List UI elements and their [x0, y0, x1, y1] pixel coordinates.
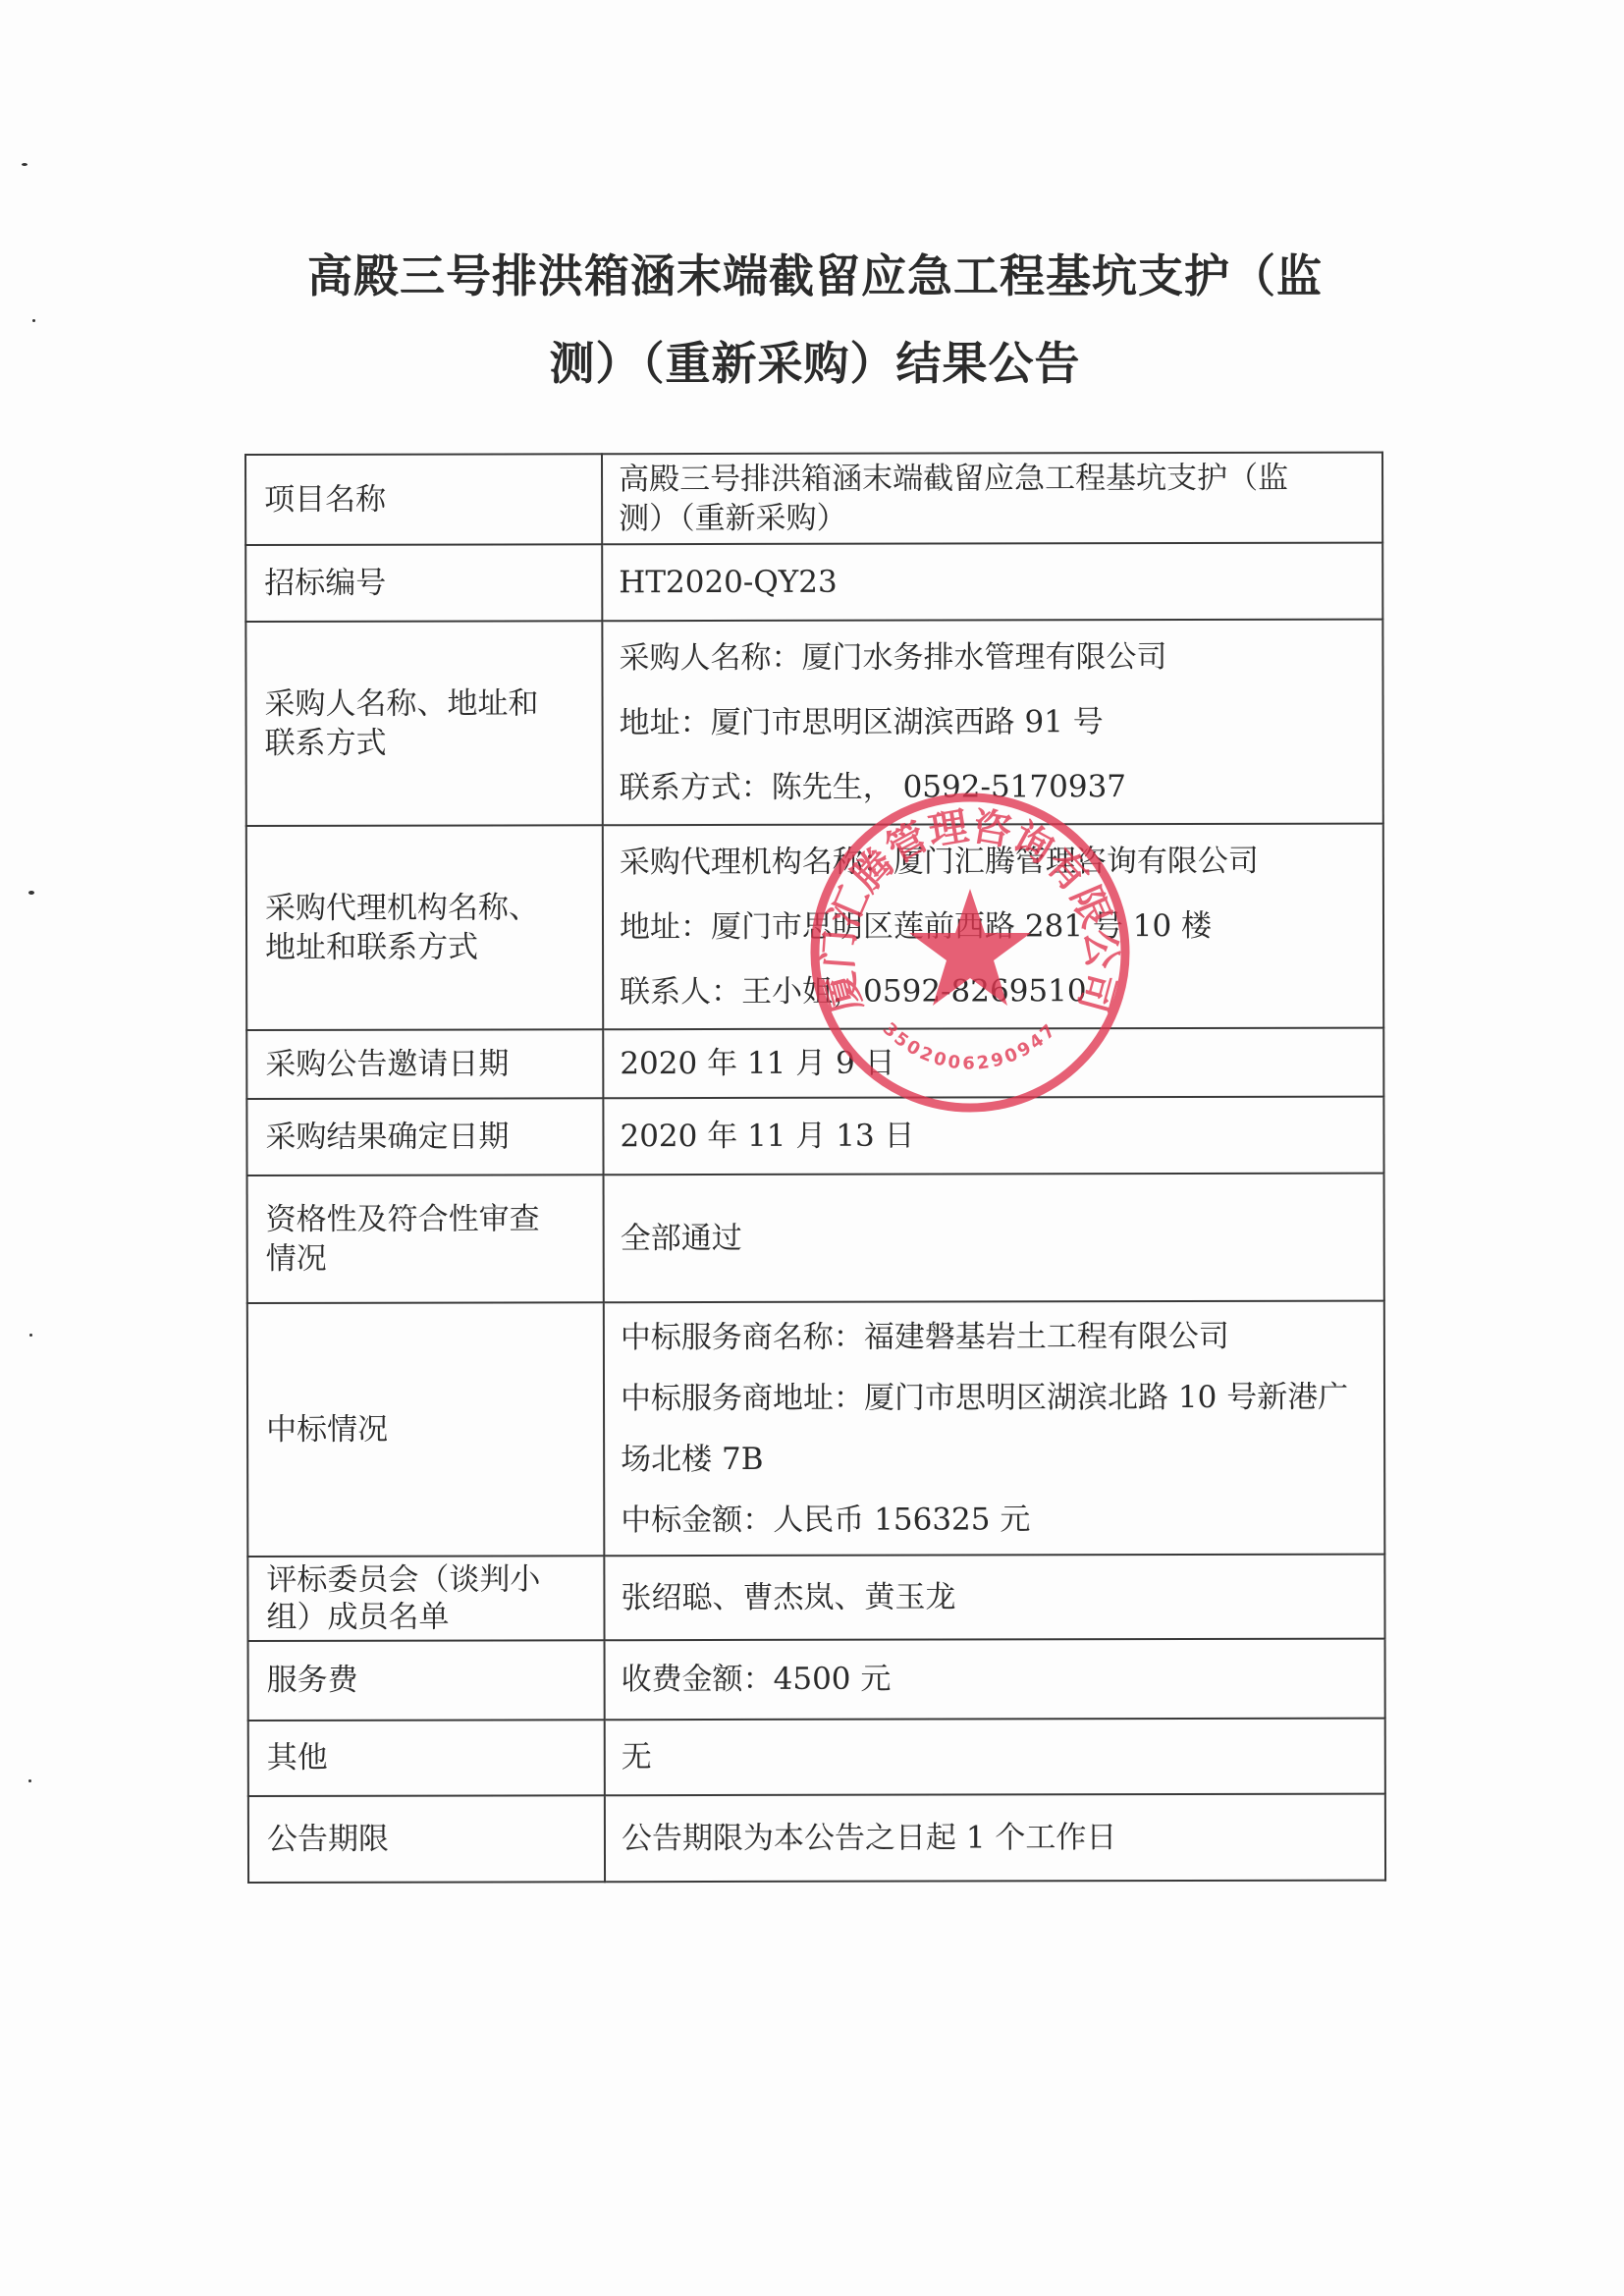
label-line: 情况 [266, 1238, 595, 1279]
table-row-result-date: 采购结果确定日期 2020 年 11 月 13 日 [246, 1097, 1383, 1175]
label-line: 地址和联系方式 [265, 927, 594, 967]
scan-speck [22, 163, 27, 166]
row-label: 采购公告邀请日期 [246, 1029, 603, 1099]
row-value: 高殿三号排洪箱涵末端截留应急工程基坑支护（监 测）（重新采购） [602, 453, 1382, 545]
row-value: HT2020-QY23 [602, 543, 1382, 622]
table-row-qualification-review: 资格性及符合性审查 情况 全部通过 [247, 1174, 1384, 1303]
row-label: 服务费 [248, 1640, 605, 1721]
table-row-other: 其他 无 [248, 1719, 1385, 1796]
label-line: 采购人名称、地址和 [264, 683, 593, 724]
value-line: 测）（重新采购） [619, 498, 1372, 539]
label-line: 组）成员名单 [266, 1598, 595, 1636]
purchaser-address: 地址：厦门市思明区湖滨西路 91 号 [620, 689, 1373, 756]
row-value: 无 [605, 1719, 1385, 1796]
row-label: 公告期限 [248, 1795, 605, 1883]
agency-name: 采购代理机构名称：厦门汇腾管理咨询有限公司 [620, 829, 1373, 896]
table-row-award: 中标情况 中标服务商名称：福建磐基岩土工程有限公司 中标服务商地址：厦门市思明区… [247, 1301, 1385, 1557]
table-row-project-name: 项目名称 高殿三号排洪箱涵末端截留应急工程基坑支护（监 测）（重新采购） [245, 453, 1382, 545]
label-line: 资格性及符合性审查 [266, 1199, 595, 1239]
row-value: 收费金额：4500 元 [605, 1639, 1385, 1721]
row-label: 项目名称 [245, 454, 602, 545]
document-title-line-2: 测）（重新采购）结果公告 [245, 341, 1384, 386]
document-page: 高殿三号排洪箱涵末端截留应急工程基坑支护（监 测）（重新采购）结果公告 项目名称… [0, 0, 1624, 2296]
row-value: 2020 年 11 月 13 日 [603, 1097, 1383, 1175]
table-row-purchaser: 采购人名称、地址和 联系方式 采购人名称：厦门水务排水管理有限公司 地址：厦门市… [245, 620, 1382, 826]
winner-name: 中标服务商名称：福建磐基岩土工程有限公司 [621, 1306, 1374, 1369]
table-row-invite-date: 采购公告邀请日期 2020 年 11 月 9 日 [246, 1028, 1383, 1099]
purchaser-name: 采购人名称：厦门水务排水管理有限公司 [619, 625, 1372, 691]
scan-speck [28, 891, 34, 895]
scan-speck [28, 1779, 31, 1782]
winner-amount: 中标金额：人民币 156325 元 [621, 1489, 1374, 1552]
scan-speck [32, 319, 35, 322]
row-value: 采购人名称：厦门水务排水管理有限公司 地址：厦门市思明区湖滨西路 91 号 联系… [602, 620, 1382, 826]
label-line: 采购代理机构名称、 [265, 888, 594, 928]
table-row-agency: 采购代理机构名称、 地址和联系方式 采购代理机构名称：厦门汇腾管理咨询有限公司 … [246, 824, 1383, 1030]
value-line: 高殿三号排洪箱涵末端截留应急工程基坑支护（监 [619, 459, 1372, 500]
row-label: 采购代理机构名称、 地址和联系方式 [246, 825, 603, 1030]
row-value: 2020 年 11 月 9 日 [603, 1028, 1383, 1099]
table-row-tender-number: 招标编号 HT2020-QY23 [245, 543, 1382, 622]
row-value: 张绍聪、曹杰岚、黄玉龙 [604, 1555, 1384, 1641]
scan-speck [29, 1334, 32, 1337]
row-label: 资格性及符合性审查 情况 [247, 1175, 604, 1303]
table-row-committee: 评标委员会（谈判小 组）成员名单 张绍聪、曹杰岚、黄玉龙 [247, 1555, 1384, 1641]
row-label: 中标情况 [247, 1302, 605, 1557]
row-label: 采购结果确定日期 [246, 1098, 603, 1175]
table-row-service-fee: 服务费 收费金额：4500 元 [248, 1639, 1385, 1721]
agency-contact: 联系人：王小姐，0592-8269510 [620, 958, 1373, 1025]
purchaser-contact: 联系方式：陈先生， 0592-5170937 [620, 754, 1373, 821]
announcement-table-wrapper: 项目名称 高殿三号排洪箱涵末端截留应急工程基坑支护（监 测）（重新采购） 招标编… [244, 452, 1386, 1884]
row-label: 评标委员会（谈判小 组）成员名单 [247, 1556, 604, 1641]
winner-address-cont: 场北楼 7B [621, 1428, 1374, 1491]
row-value: 采购代理机构名称：厦门汇腾管理咨询有限公司 地址：厦门市思明区莲前西路 281 … [603, 824, 1383, 1030]
announcement-table: 项目名称 高殿三号排洪箱涵末端截留应急工程基坑支护（监 测）（重新采购） 招标编… [244, 452, 1386, 1884]
row-value: 公告期限为本公告之日起 1 个工作日 [605, 1794, 1385, 1883]
row-value: 全部通过 [604, 1174, 1384, 1303]
row-value: 中标服务商名称：福建磐基岩土工程有限公司 中标服务商地址：厦门市思明区湖滨北路 … [604, 1301, 1385, 1557]
label-line: 评标委员会（谈判小 [266, 1560, 595, 1599]
row-label: 采购人名称、地址和 联系方式 [245, 621, 602, 826]
table-row-notice-period: 公告期限 公告期限为本公告之日起 1 个工作日 [248, 1794, 1385, 1883]
row-label: 招标编号 [245, 544, 602, 622]
document-title-line-1: 高殿三号排洪箱涵末端截留应急工程基坑支护（监 [245, 253, 1384, 299]
row-label: 其他 [248, 1720, 605, 1796]
winner-address: 中标服务商地址：厦门市思明区湖滨北路 10 号新港广 [621, 1367, 1374, 1430]
label-line: 联系方式 [265, 723, 594, 763]
agency-address: 地址：厦门市思明区莲前西路 281 号 10 楼 [620, 894, 1373, 960]
